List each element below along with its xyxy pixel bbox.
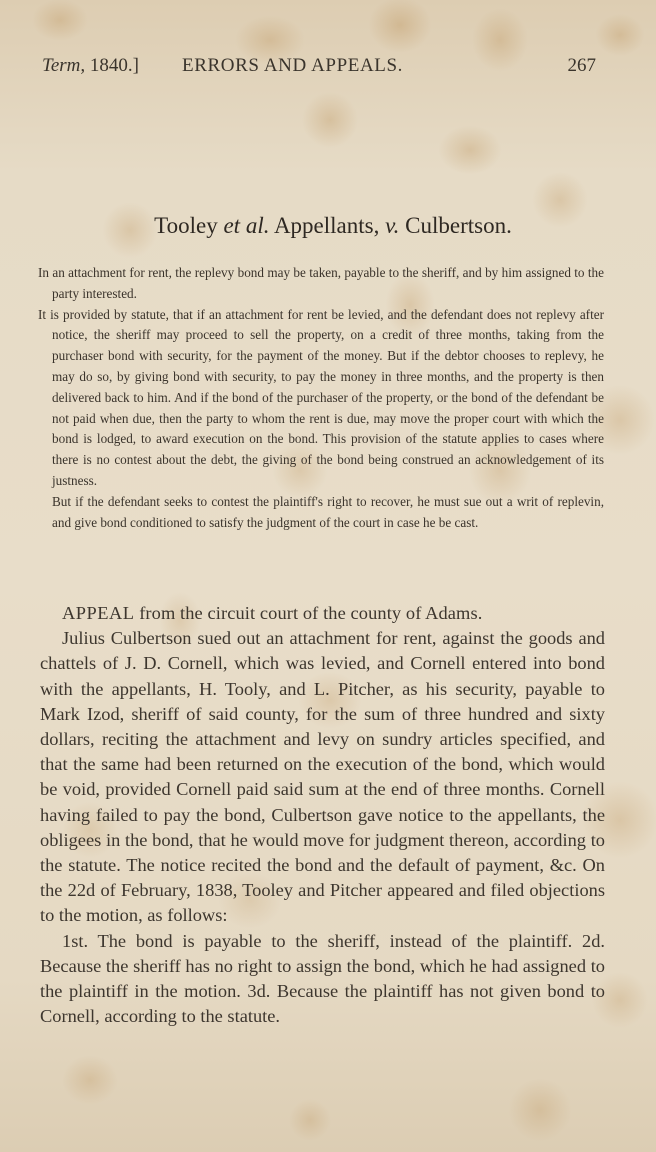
opinion-body: APPEAL from the circuit court of the cou…: [40, 601, 605, 1029]
page-header: Term, 1840.] ERRORS AND APPEALS. 267: [42, 55, 596, 81]
headnote: In an attachment for rent, the replevy b…: [38, 263, 604, 533]
body-paragraph: Julius Culbertson sued out an attachment…: [40, 626, 605, 928]
headnote-paragraph: But if the defendant seeks to contest th…: [38, 492, 604, 534]
case-appellants: Appellants,: [269, 213, 385, 238]
running-title: ERRORS AND APPEALS.: [182, 55, 403, 77]
page-number: 267: [568, 55, 597, 77]
case-et-al: et al.: [223, 213, 269, 238]
case-plaintiff: Tooley: [154, 213, 223, 238]
headnote-paragraph: In an attachment for rent, the replevy b…: [38, 263, 604, 305]
case-versus: v.: [385, 213, 399, 238]
term-italic: Term,: [42, 55, 85, 76]
appeal-statement: APPEAL from the circuit court of the cou…: [40, 601, 605, 626]
appeal-word: APPEAL: [62, 603, 135, 623]
headnote-paragraph: It is provided by statute, that if an at…: [38, 305, 604, 492]
term-year: 1840.]: [85, 55, 139, 76]
case-title: Tooley et al. Appellants, v. Culbertson.: [0, 213, 656, 239]
appeal-rest: from the circuit court of the county of …: [135, 603, 483, 623]
body-paragraph: 1st. The bond is payable to the sheriff,…: [40, 929, 605, 1030]
term-label: Term, 1840.]: [42, 55, 139, 77]
case-defendant: Culbertson.: [399, 213, 511, 238]
